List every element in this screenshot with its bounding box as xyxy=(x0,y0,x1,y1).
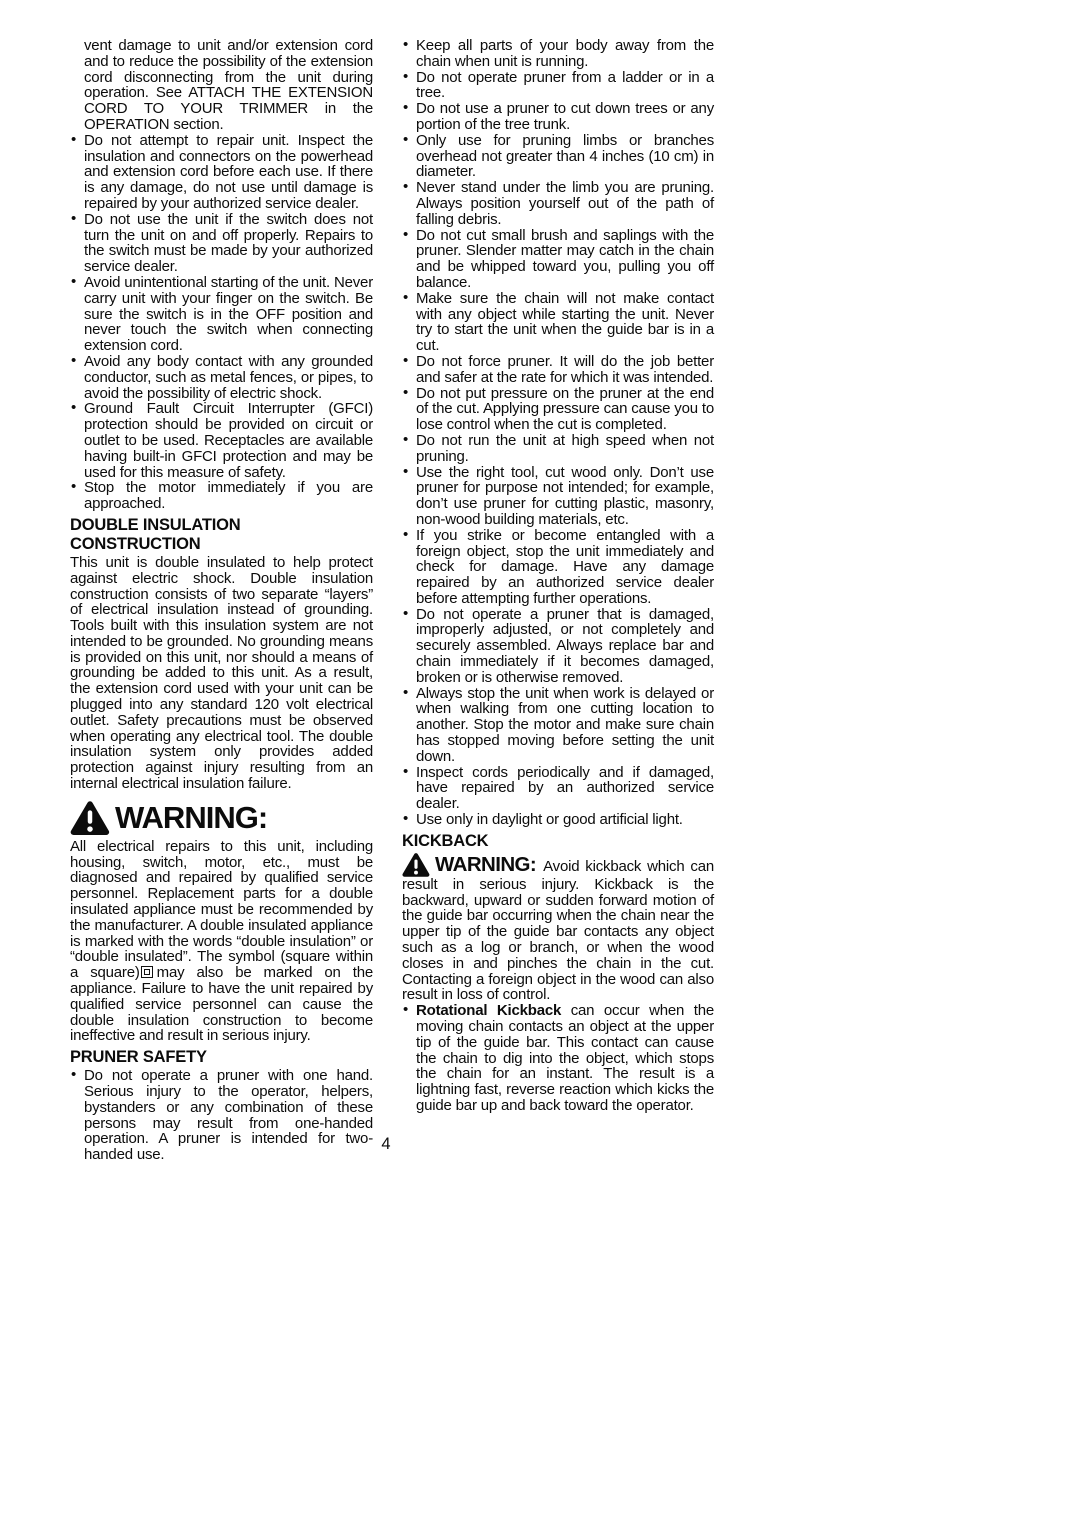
page-number: 4 xyxy=(371,1135,401,1154)
rotational-kickback-text: can occur when the moving chain contacts… xyxy=(416,1002,714,1114)
square-within-square-symbol xyxy=(141,966,153,978)
warning-label: WARNING: xyxy=(115,800,267,836)
right-column: Keep all parts of your body away from th… xyxy=(402,38,714,1114)
bullet-item: Do not cut small brush and saplings with… xyxy=(402,228,714,291)
kickback-heading: KICKBACK xyxy=(402,832,714,851)
bullet-item: Never stand under the limb you are pruni… xyxy=(402,180,714,227)
bullet-item: Do not force pruner. It will do the job … xyxy=(402,354,714,386)
bullet-item: Do not operate pruner from a ladder or i… xyxy=(402,70,714,102)
electrical-repairs-warning-paragraph: All electrical repairs to this unit, inc… xyxy=(70,839,373,1044)
bullet-item: Do not operate a pruner that is damaged,… xyxy=(402,607,714,686)
bullet-item: Rotational Kickback can occur when the m… xyxy=(402,1003,714,1114)
bullet-item: Do not operate a pruner with one hand. S… xyxy=(70,1068,373,1163)
bullet-item: Always stop the unit when work is delaye… xyxy=(402,686,714,765)
bullet-item: Use only in daylight or good artificial … xyxy=(402,812,714,828)
left-column: vent damage to unit and/or extension cor… xyxy=(70,38,373,1163)
bullet-item: Do not put pressure on the pruner at the… xyxy=(402,386,714,433)
bullet-item: Make sure the chain will not make contac… xyxy=(402,291,714,354)
bullet-item: Stop the motor immediately if you are ap… xyxy=(70,480,373,512)
intro-continuation-paragraph: vent damage to unit and/or extension cor… xyxy=(84,38,373,133)
warning-label: WARNING: xyxy=(435,853,536,876)
bullet-item: Do not run the unit at high speed when n… xyxy=(402,433,714,465)
warning-text-before-symbol: All electrical repairs to this unit, inc… xyxy=(70,838,373,981)
bullet-item: Only use for pruning limbs or branches o… xyxy=(402,133,714,180)
bullet-item: If you strike or become entangled with a… xyxy=(402,528,714,607)
double-insulation-paragraph: This unit is double insulated to help pr… xyxy=(70,555,373,792)
pruner-safety-list: Do not operate a pruner with one hand. S… xyxy=(70,1068,373,1163)
warning-triangle-icon xyxy=(402,852,430,877)
warning-triangle-icon xyxy=(70,800,110,835)
rotational-kickback-term: Rotational Kickback xyxy=(416,1002,561,1019)
bullet-item: Avoid unintentional starting of the unit… xyxy=(70,275,373,354)
bullet-item: Ground Fault Circuit Interrupter (GFCI) … xyxy=(70,401,373,480)
pruner-safety-heading: PRUNER SAFETY xyxy=(70,1048,373,1067)
kickback-warning-text: Avoid kickback which can result in serio… xyxy=(402,858,714,1004)
manual-page: vent damage to unit and/or extension cor… xyxy=(0,0,1080,1526)
bullet-item: Keep all parts of your body away from th… xyxy=(402,38,714,70)
kickback-list: Rotational Kickback can occur when the m… xyxy=(402,1003,714,1114)
bullet-item: Inspect cords periodically and if damage… xyxy=(402,765,714,812)
electrical-safety-list: Do not attempt to repair unit. Inspect t… xyxy=(70,133,373,512)
warning-heading: WARNING: xyxy=(70,800,373,836)
bullet-item: Use the right tool, cut wood only. Don’t… xyxy=(402,465,714,528)
bullet-item: Avoid any body contact with any grounded… xyxy=(70,354,373,401)
bullet-item: Do not attempt to repair unit. Inspect t… xyxy=(70,133,373,212)
bullet-item: Do not use a pruner to cut down trees or… xyxy=(402,101,714,133)
bullet-item: Do not use the unit if the switch does n… xyxy=(70,212,373,275)
double-insulation-heading: DOUBLE INSULATION CONSTRUCTION xyxy=(70,516,373,554)
kickback-warning-paragraph: WARNING:Avoid kickback which can result … xyxy=(402,852,714,1003)
pruner-safety-list-continued: Keep all parts of your body away from th… xyxy=(402,38,714,828)
